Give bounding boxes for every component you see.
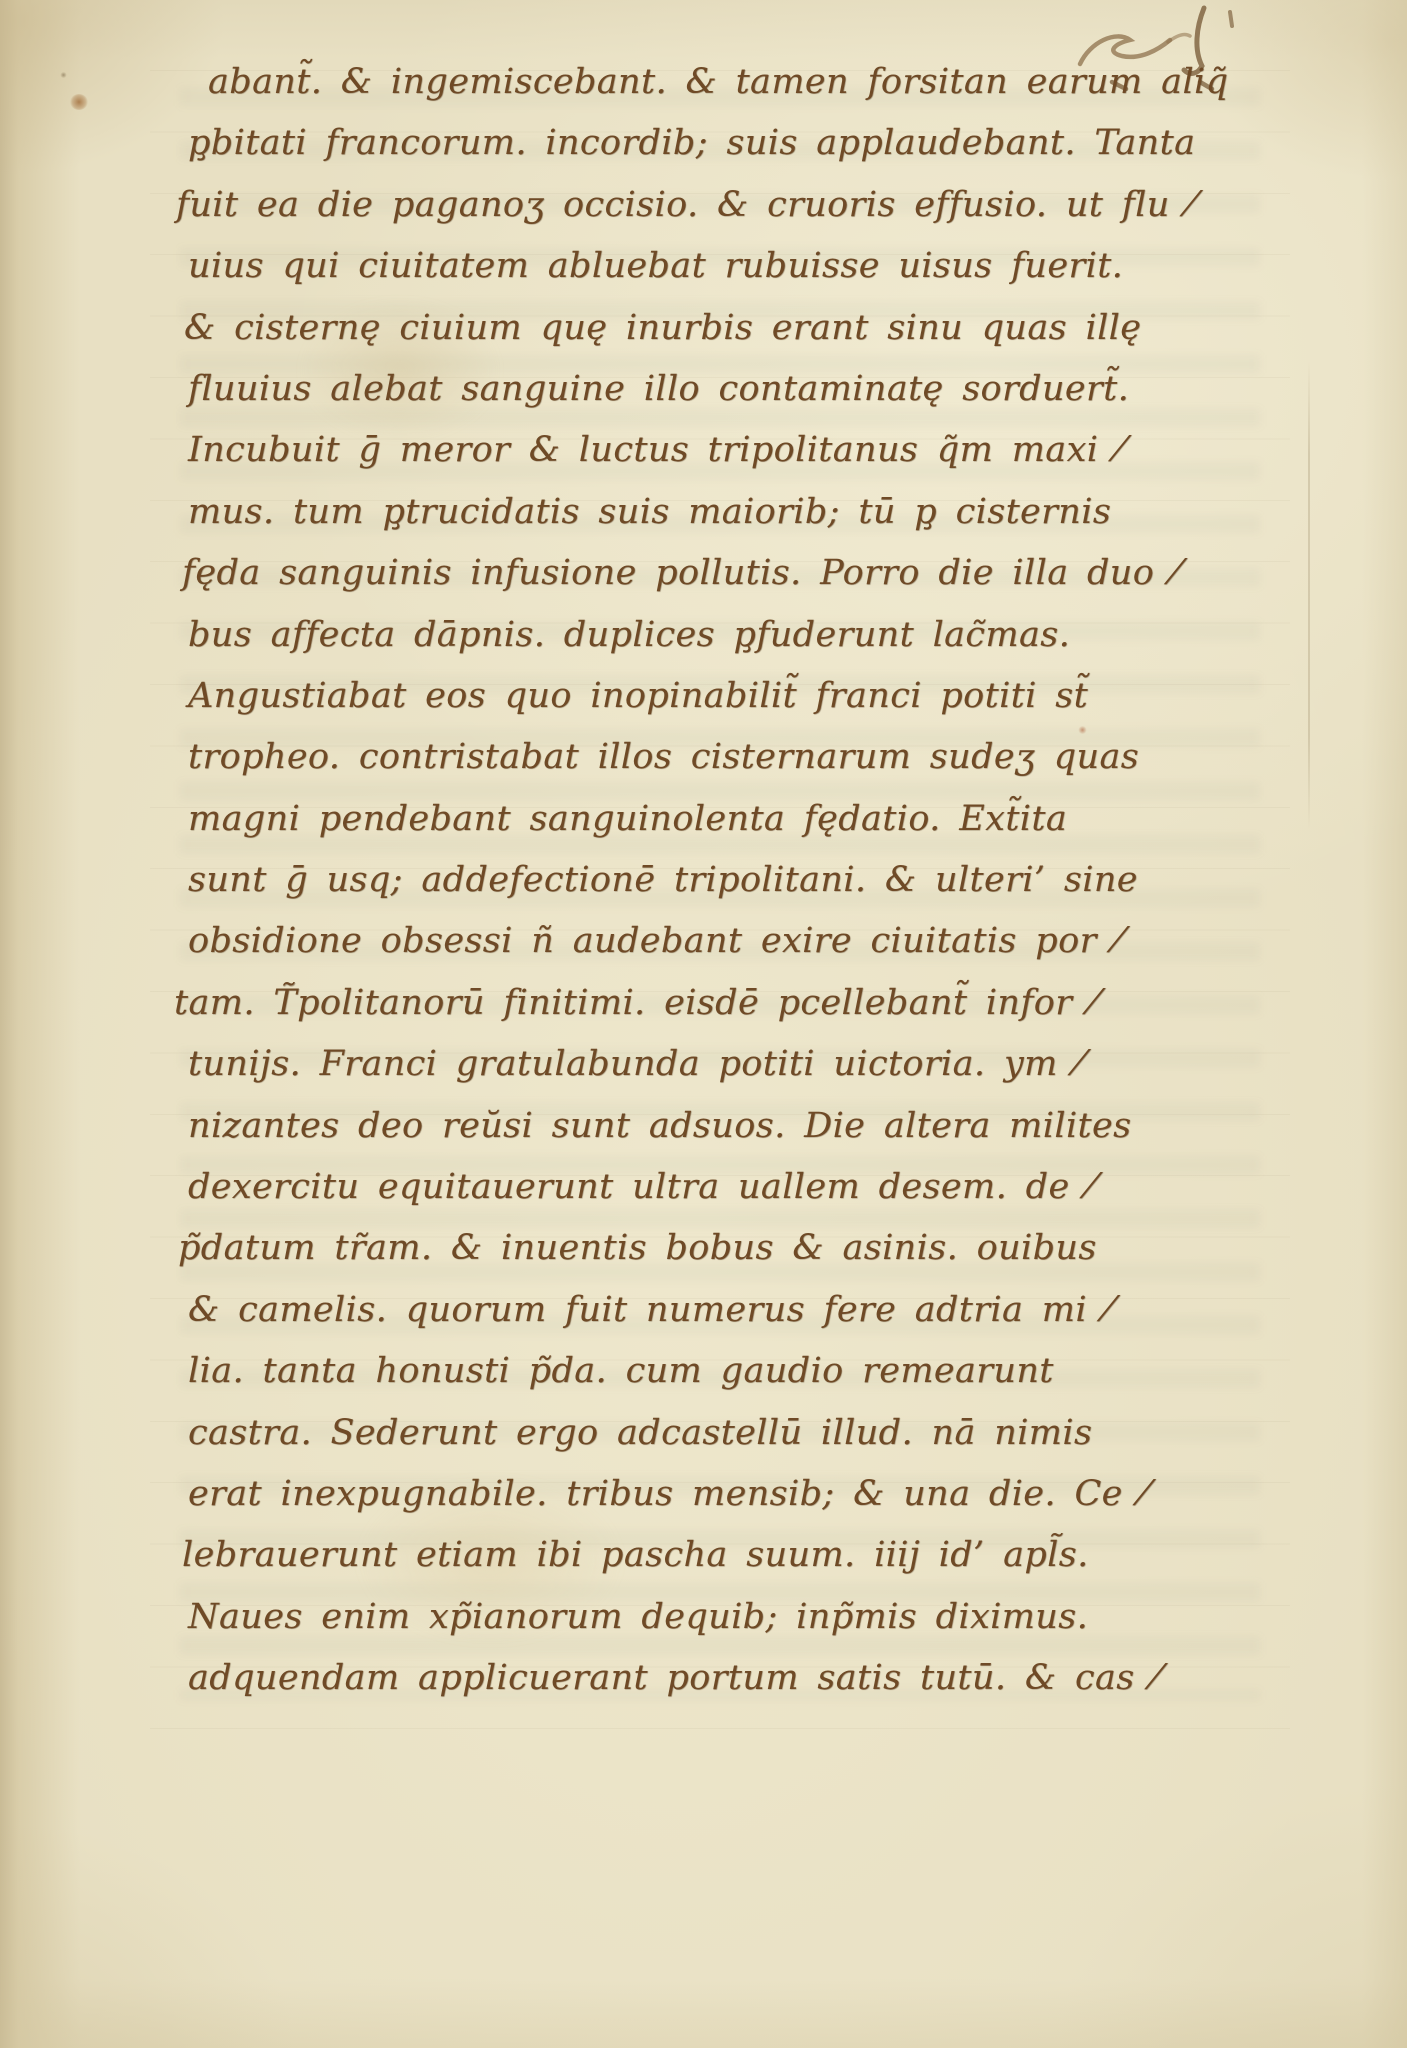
manuscript-line: tunijs. Franci gratulabunda potiti uicto…: [188, 1034, 1268, 1095]
manuscript-line: & camelis. quorum fuit numerus fere adtr…: [188, 1280, 1268, 1341]
manuscript-line: tam. T̃politanorū finitimi. eisdē pcelle…: [174, 973, 1268, 1034]
parchment-page: abant̃. & ingemiscebant. & tamen forsita…: [0, 0, 1407, 2048]
manuscript-line: erat inexpugnabile. tribus mensib; & una…: [188, 1464, 1268, 1525]
manuscript-line: lia. tanta honusti p̃da. cum gaudio reme…: [188, 1341, 1268, 1402]
manuscript-line: p̃datum tr̃am. & inuentis bobus & asinis…: [178, 1218, 1268, 1279]
manuscript-line: castra. Sederunt ergo adcastellū illud. …: [188, 1403, 1268, 1464]
manuscript-line: mus. tum p̧trucidatis suis maiorib; tū p…: [188, 482, 1268, 543]
manuscript-line: magni pendebant sanguinolenta fędatio. E…: [188, 789, 1268, 850]
parchment-crease: [1308, 360, 1310, 830]
manuscript-line: lebrauerunt etiam ibi pascha suum. iiij …: [182, 1525, 1268, 1586]
manuscript-line: dexercitu equitauerunt ultra uallem dese…: [188, 1157, 1268, 1218]
manuscript-line: adquendam applicuerant portum satis tutū…: [188, 1648, 1268, 1709]
manuscript-line: uius qui ciuitatem abluebat rubuisse uis…: [188, 236, 1268, 297]
manuscript-line: fluuius alebat sanguine illo contaminatę…: [188, 359, 1268, 420]
manuscript-line: bus affecta dāpnis. duplices p̧fuderunt …: [188, 605, 1268, 666]
manuscript-text-block: abant̃. & ingemiscebant. & tamen forsita…: [188, 52, 1268, 1710]
manuscript-line: nizantes deo reŭsi sunt adsuos. Die alte…: [188, 1096, 1268, 1157]
manuscript-line: p̧bitati francorum. incordib; suis appla…: [188, 113, 1268, 174]
manuscript-line: Naues enim xp̃ianorum dequib; inp̃mis di…: [188, 1587, 1268, 1648]
parchment-stain: [60, 72, 67, 78]
manuscript-line: fuit ea die paganoʒ occisio. & cruoris e…: [176, 175, 1268, 236]
manuscript-line: obsidione obsessi ñ audebant exire ciuit…: [188, 911, 1268, 972]
manuscript-line: & cisternę ciuium quę inurbis erant sinu…: [184, 298, 1268, 359]
manuscript-line: tropheo. contristabat illos cisternarum …: [188, 727, 1268, 788]
manuscript-line: fęda sanguinis infusione pollutis. Porro…: [182, 543, 1268, 604]
manuscript-line: abant̃. & ingemiscebant. & tamen forsita…: [208, 52, 1268, 113]
manuscript-line: Incubuit ḡ meror & luctus tripolitanus q…: [188, 420, 1268, 481]
parchment-stain: [70, 94, 88, 110]
manuscript-line: Angustiabat eos quo inopinabilit̃ franci…: [188, 666, 1268, 727]
manuscript-line: sunt ḡ usq; addefectionē tripolitani. & …: [188, 850, 1268, 911]
